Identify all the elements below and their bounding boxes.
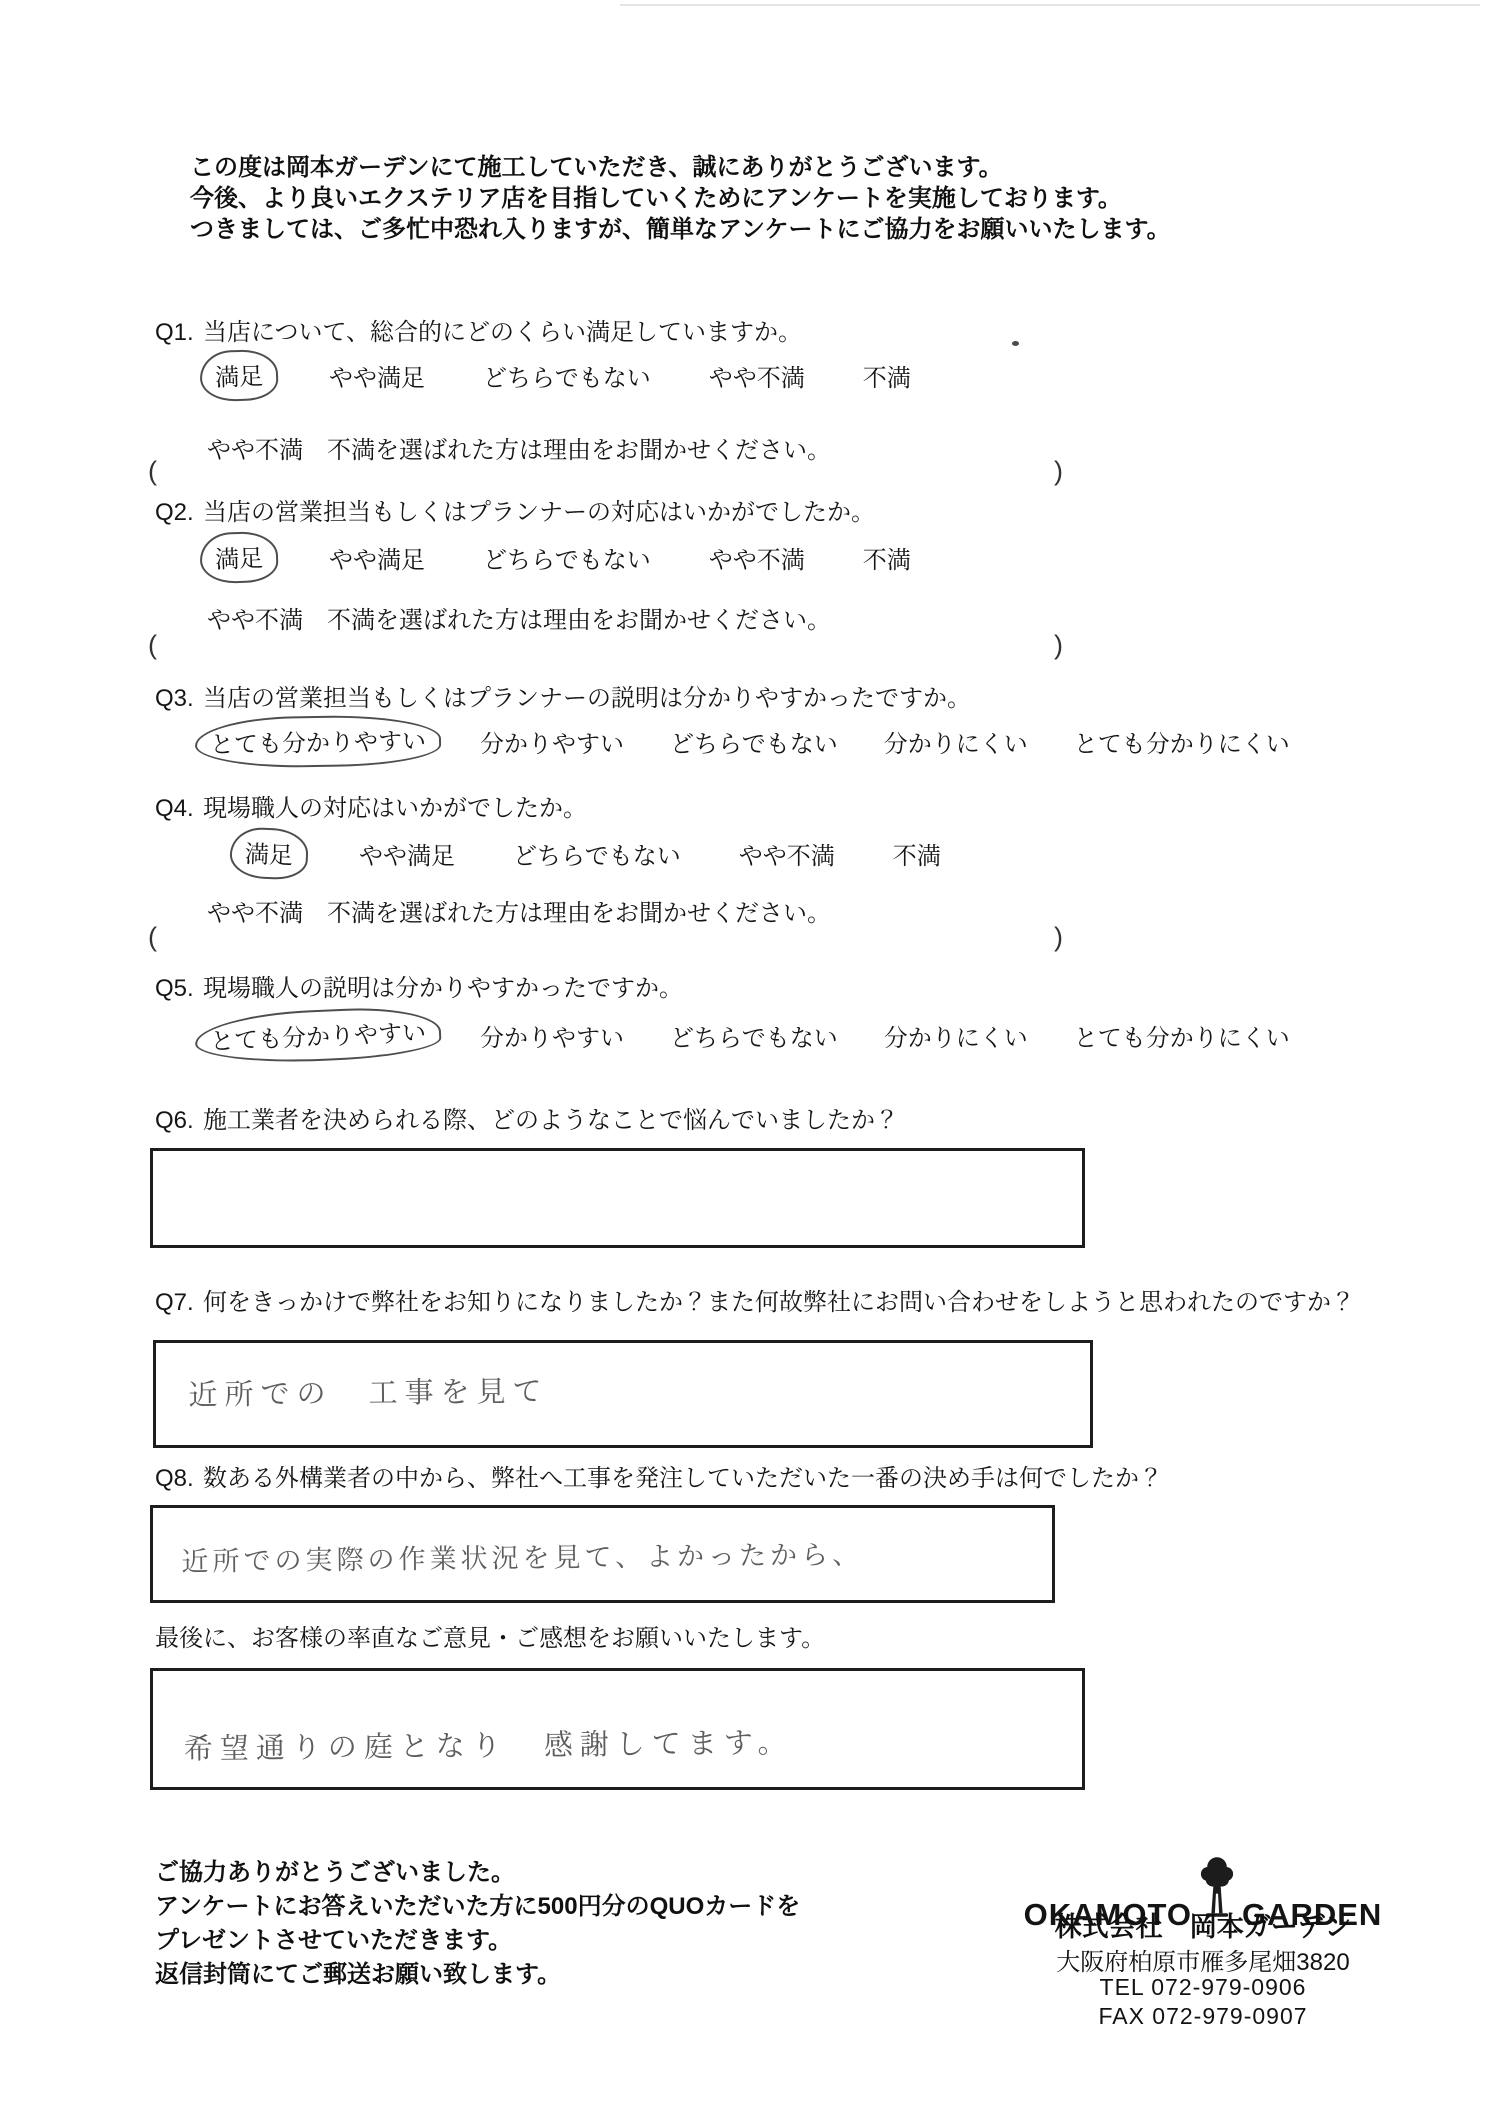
option-q2-selected-circle: 満足 — [199, 531, 279, 585]
handwritten-answer-final: 希望通りの庭となり 感謝してます。 — [153, 1661, 1083, 1768]
question-q3-title: Q3.当店の営業担当もしくはプランナーの説明は分かりやすかったですか。 — [155, 678, 971, 713]
option-q1-4: 不満 — [863, 358, 911, 393]
question-q6-text: 施工業者を決められる際、どのようなことで悩んでいましたか？ — [203, 1107, 899, 1134]
option-q2-4: 不満 — [863, 540, 911, 575]
reason-paren-line-q2: ( ) — [148, 630, 1063, 661]
open-paren: ( — [148, 630, 157, 661]
option-q4-4: 不満 — [893, 836, 941, 871]
question-q5-label: Q5. — [155, 975, 203, 1003]
company-address: 大阪府柏原市雁多尾畑3820 — [1008, 1942, 1398, 1977]
question-q7-title: Q7.何をきっかけで弊社をお知りになりましたか？また何故弊社にお問い合わせをしよ… — [155, 1282, 1355, 1317]
question-q8-text: 数ある外構業者の中から、弊社へ工事を発注していただいた一番の決め手は何でしたか？ — [203, 1465, 1163, 1492]
question-q2-label: Q2. — [155, 499, 203, 527]
thanks-line-2: アンケートにお答えいただいた方に500円分のQUOカードを — [155, 1890, 800, 1924]
option-q5-2: どちらでもない — [670, 1018, 838, 1053]
option-q5-1: 分かりやすい — [480, 1018, 624, 1053]
intro-line-1: この度は岡本ガーデンにて施工していただき、誠にありがとうございます。 — [190, 152, 1171, 183]
options-row-q2: 満足 やや満足 どちらでもない やや不満 不満 — [207, 540, 911, 575]
options-row-q4: 満足 やや満足 どちらでもない やや不満 不満 — [237, 836, 941, 871]
question-q6-title: Q6.施工業者を決められる際、どのようなことで悩んでいましたか？ — [155, 1100, 899, 1135]
option-q3-selected-circle: とても分かりやすい — [195, 714, 442, 769]
open-paren: ( — [148, 456, 157, 487]
question-q4-label: Q4. — [155, 795, 203, 823]
answer-box-q7: 近所での 工事を見て — [153, 1340, 1093, 1448]
options-row-q1: 満足 やや満足 どちらでもない やや不満 不満 — [207, 358, 911, 393]
thanks-line-1: ご協力ありがとうございました。 — [155, 1856, 800, 1890]
answer-box-q8: 近所での実際の作業状況を見て、よかったから、 — [150, 1505, 1055, 1603]
option-q1-3: やや不満 — [709, 358, 805, 393]
company-fax: FAX 072-979-0907 — [1008, 2003, 1398, 2030]
scan-edge-streak — [620, 4, 1480, 6]
option-q2-1: やや満足 — [329, 540, 425, 575]
question-q1-title: Q1.当店について、総合的にどのくらい満足していますか。 — [155, 312, 802, 347]
intro-line-3: つきましては、ご多忙中恐れ入りますが、簡単なアンケートにご協力をお願いいたします… — [190, 214, 1171, 245]
question-q4-text: 現場職人の対応はいかがでしたか。 — [203, 795, 587, 822]
final-request-text: 最後に、お客様の率直なご意見・ご感想をお願いいたします。 — [155, 1618, 825, 1653]
question-q1-text: 当店について、総合的にどのくらい満足していますか。 — [203, 319, 802, 346]
option-q4-2: どちらでもない — [513, 836, 681, 871]
thanks-line-3: プレゼントさせていただきます。 — [155, 1924, 800, 1958]
reason-paren-line-q4: ( ) — [148, 922, 1063, 953]
option-q3-1: 分かりやすい — [480, 724, 624, 759]
option-q4-selected-circle: 満足 — [229, 827, 309, 881]
option-q5-4: とても分かりにくい — [1074, 1018, 1290, 1053]
handwritten-answer-q7: 近所での 工事を見て — [156, 1333, 1091, 1414]
company-tel: TEL 072-979-0906 — [1008, 1974, 1398, 2001]
options-row-q5: とても分かりやすい 分かりやすい どちらでもない 分かりにくい とても分かりにく… — [202, 1018, 1290, 1053]
question-q7-text: 何をきっかけで弊社をお知りになりましたか？また何故弊社にお問い合わせをしようと思… — [203, 1289, 1355, 1316]
question-q2-text: 当店の営業担当もしくはプランナーの対応はいかがでしたか。 — [203, 499, 875, 526]
option-q4-1: やや満足 — [359, 836, 455, 871]
question-q3-text: 当店の営業担当もしくはプランナーの説明は分かりやすかったですか。 — [203, 685, 971, 712]
question-q8-title: Q8.数ある外構業者の中から、弊社へ工事を発注していただいた一番の決め手は何でし… — [155, 1458, 1163, 1493]
question-q8-label: Q8. — [155, 1465, 203, 1493]
close-paren: ) — [1054, 456, 1063, 487]
company-name: 株式会社 岡本ガーデン — [1008, 1905, 1398, 1944]
option-q3-4: とても分かりにくい — [1074, 724, 1290, 759]
answer-box-q6 — [150, 1148, 1085, 1248]
option-q4-3: やや不満 — [739, 836, 835, 871]
question-q7-label: Q7. — [155, 1289, 203, 1317]
question-q5-title: Q5.現場職人の説明は分かりやすかったですか。 — [155, 968, 683, 1003]
option-q2-3: やや不満 — [709, 540, 805, 575]
open-paren: ( — [148, 922, 157, 953]
options-row-q3: とても分かりやすい 分かりやすい どちらでもない 分かりにくい とても分かりにく… — [202, 724, 1290, 759]
question-q5-text: 現場職人の説明は分かりやすかったですか。 — [203, 975, 683, 1002]
option-q2-2: どちらでもない — [483, 540, 651, 575]
option-q5-3: 分かりにくい — [884, 1018, 1028, 1053]
handwritten-answer-q6 — [153, 1141, 1082, 1151]
option-q3-2: どちらでもない — [670, 724, 838, 759]
option-q1-2: どちらでもない — [483, 358, 651, 393]
footer-thanks-text: ご協力ありがとうございました。 アンケートにお答えいただいた方に500円分のQU… — [155, 1856, 800, 1992]
handwritten-answer-q8: 近所での実際の作業状況を見て、よかったから、 — [153, 1499, 1053, 1579]
question-q4-title: Q4.現場職人の対応はいかがでしたか。 — [155, 788, 587, 823]
final-request-label: 最後に、お客様の率直なご意見・ご感想をお願いいたします。 — [155, 1625, 825, 1652]
intro-line-2: 今後、より良いエクステリア店を目指していくためにアンケートを実施しております。 — [190, 183, 1171, 214]
reason-paren-line-q1: ( ) — [148, 456, 1063, 487]
question-q6-label: Q6. — [155, 1107, 203, 1135]
question-q2-title: Q2.当店の営業担当もしくはプランナーの対応はいかがでしたか。 — [155, 492, 875, 527]
option-q3-3: 分かりにくい — [884, 724, 1028, 759]
close-paren: ) — [1054, 630, 1063, 661]
answer-box-final: 希望通りの庭となり 感謝してます。 — [150, 1668, 1085, 1790]
scan-artifact-dot — [1012, 341, 1019, 346]
option-q1-selected-circle: 満足 — [199, 349, 279, 403]
intro-text: この度は岡本ガーデンにて施工していただき、誠にありがとうございます。 今後、より… — [190, 152, 1171, 245]
close-paren: ) — [1054, 922, 1063, 953]
question-q1-label: Q1. — [155, 319, 203, 347]
thanks-line-4: 返信封筒にてご郵送お願い致します。 — [155, 1958, 800, 1992]
scanned-survey-page: この度は岡本ガーデンにて施工していただき、誠にありがとうございます。 今後、より… — [0, 0, 1500, 2121]
option-q1-1: やや満足 — [329, 358, 425, 393]
option-q5-selected-circle: とても分かりやすい — [194, 1005, 442, 1067]
question-q3-label: Q3. — [155, 685, 203, 713]
